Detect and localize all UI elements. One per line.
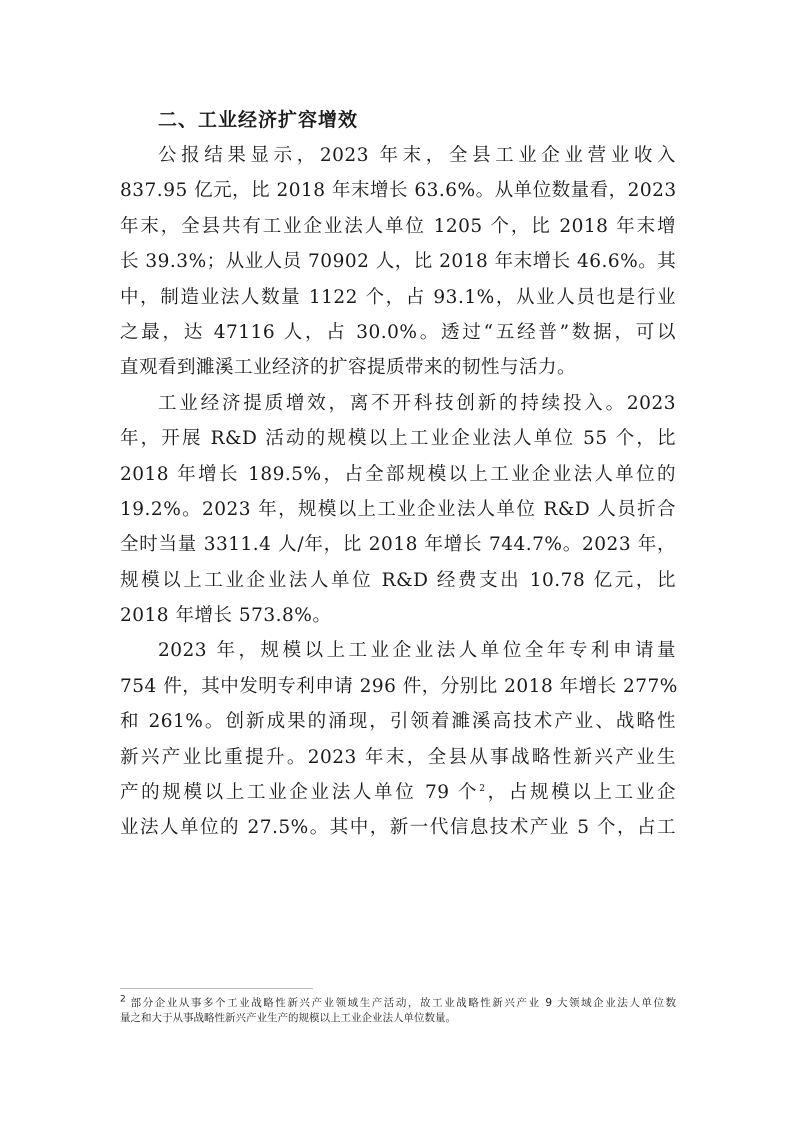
paragraph-2: 工业经济提质增效，离不开科技创新的持续投入。2023 年，开展 R&D 活动的规… (120, 386, 676, 634)
text-line: 837.95 亿元，比 2018 年末增长 63.6%。从单位数量看，2023 (120, 173, 676, 208)
text-line: 2023 年，规模以上工业企业法人单位全年专利申请量 (120, 633, 676, 668)
text-line: 之最，达 47116 人，占 30.0%。透过“五经普”数据，可以 (120, 315, 676, 350)
text-line: 新兴产业比重提升。2023 年末，全县从事战略性新兴产业生 (120, 740, 676, 775)
text-line: 长 39.3%；从业人员 70902 人，比 2018 年末增长 46.6%。其 (120, 244, 676, 279)
text-line: 754 件，其中发明专利申请 296 件，分别比 2018 年增长 277% (120, 669, 676, 704)
text-line: 中，制造业法人数量 1122 个，占 93.1%，从业人员也是行业 (120, 280, 676, 315)
footnote: 2 部分企业从事多个工业战略性新兴产业领域生产活动，故工业战略性新兴产业 9 大… (120, 996, 676, 1026)
footnote-line: 2 部分企业从事多个工业战略性新兴产业领域生产活动，故工业战略性新兴产业 9 大… (120, 996, 676, 1011)
paragraph-1: 公报结果显示，2023 年末，全县工业企业营业收入 837.95 亿元，比 20… (120, 138, 676, 386)
text-line-with-footnote-ref: 产的规模以上工业企业法人单位 79 个2，占规模以上工业企 (120, 775, 676, 810)
text-line: 2018 年增长 573.8%。 (120, 598, 676, 633)
text-line: 和 261%。创新成果的涌现，引领着濉溪高技术产业、战略性 (120, 704, 676, 739)
text-line: 年，开展 R&D 活动的规模以上工业企业法人单位 55 个，比 (120, 421, 676, 456)
text-line: 规模以上工业企业法人单位 R&D 经费支出 10.78 亿元，比 (120, 563, 676, 598)
text-line: 全时当量 3311.4 人/年，比 2018 年增长 744.7%。2023 年… (120, 527, 676, 562)
text-line: 公报结果显示，2023 年末，全县工业企业营业收入 (120, 138, 676, 173)
text-line: 直观看到濉溪工业经济的扩容提质带来的韧性与活力。 (120, 350, 676, 385)
paragraph-3: 2023 年，规模以上工业企业法人单位全年专利申请量 754 件，其中发明专利申… (120, 633, 676, 845)
text-line: 工业经济提质增效，离不开科技创新的持续投入。2023 (120, 386, 676, 421)
footnote-line: 量之和大于从事战略性新兴产业生产的规模以上工业企业法人单位数量。 (120, 1011, 676, 1026)
footnote-text: 部分企业从事多个工业战略性新兴产业领域生产活动，故工业战略性新兴产业 9 大领域… (131, 997, 676, 1009)
text-line: 年末，全县共有工业企业法人单位 1205 个，比 2018 年末增 (120, 209, 676, 244)
document-page: 二、工业经济扩容增效 公报结果显示，2023 年末，全县工业企业营业收入 837… (120, 102, 676, 846)
text-line: 19.2%。2023 年，规模以上工业企业法人单位 R&D 人员折合 (120, 492, 676, 527)
footnote-marker: 2 (120, 995, 126, 1005)
text-line: 2018 年增长 189.5%，占全部规模以上工业企业法人单位的 (120, 457, 676, 492)
section-heading: 二、工业经济扩容增效 (120, 102, 676, 138)
footnote-divider (120, 988, 313, 989)
text-segment: ，占规模以上工业企 (485, 782, 676, 803)
text-line: 业法人单位的 27.5%。其中，新一代信息技术产业 5 个，占工 (120, 810, 676, 845)
text-segment: 产的规模以上工业企业法人单位 79 个 (120, 782, 479, 803)
